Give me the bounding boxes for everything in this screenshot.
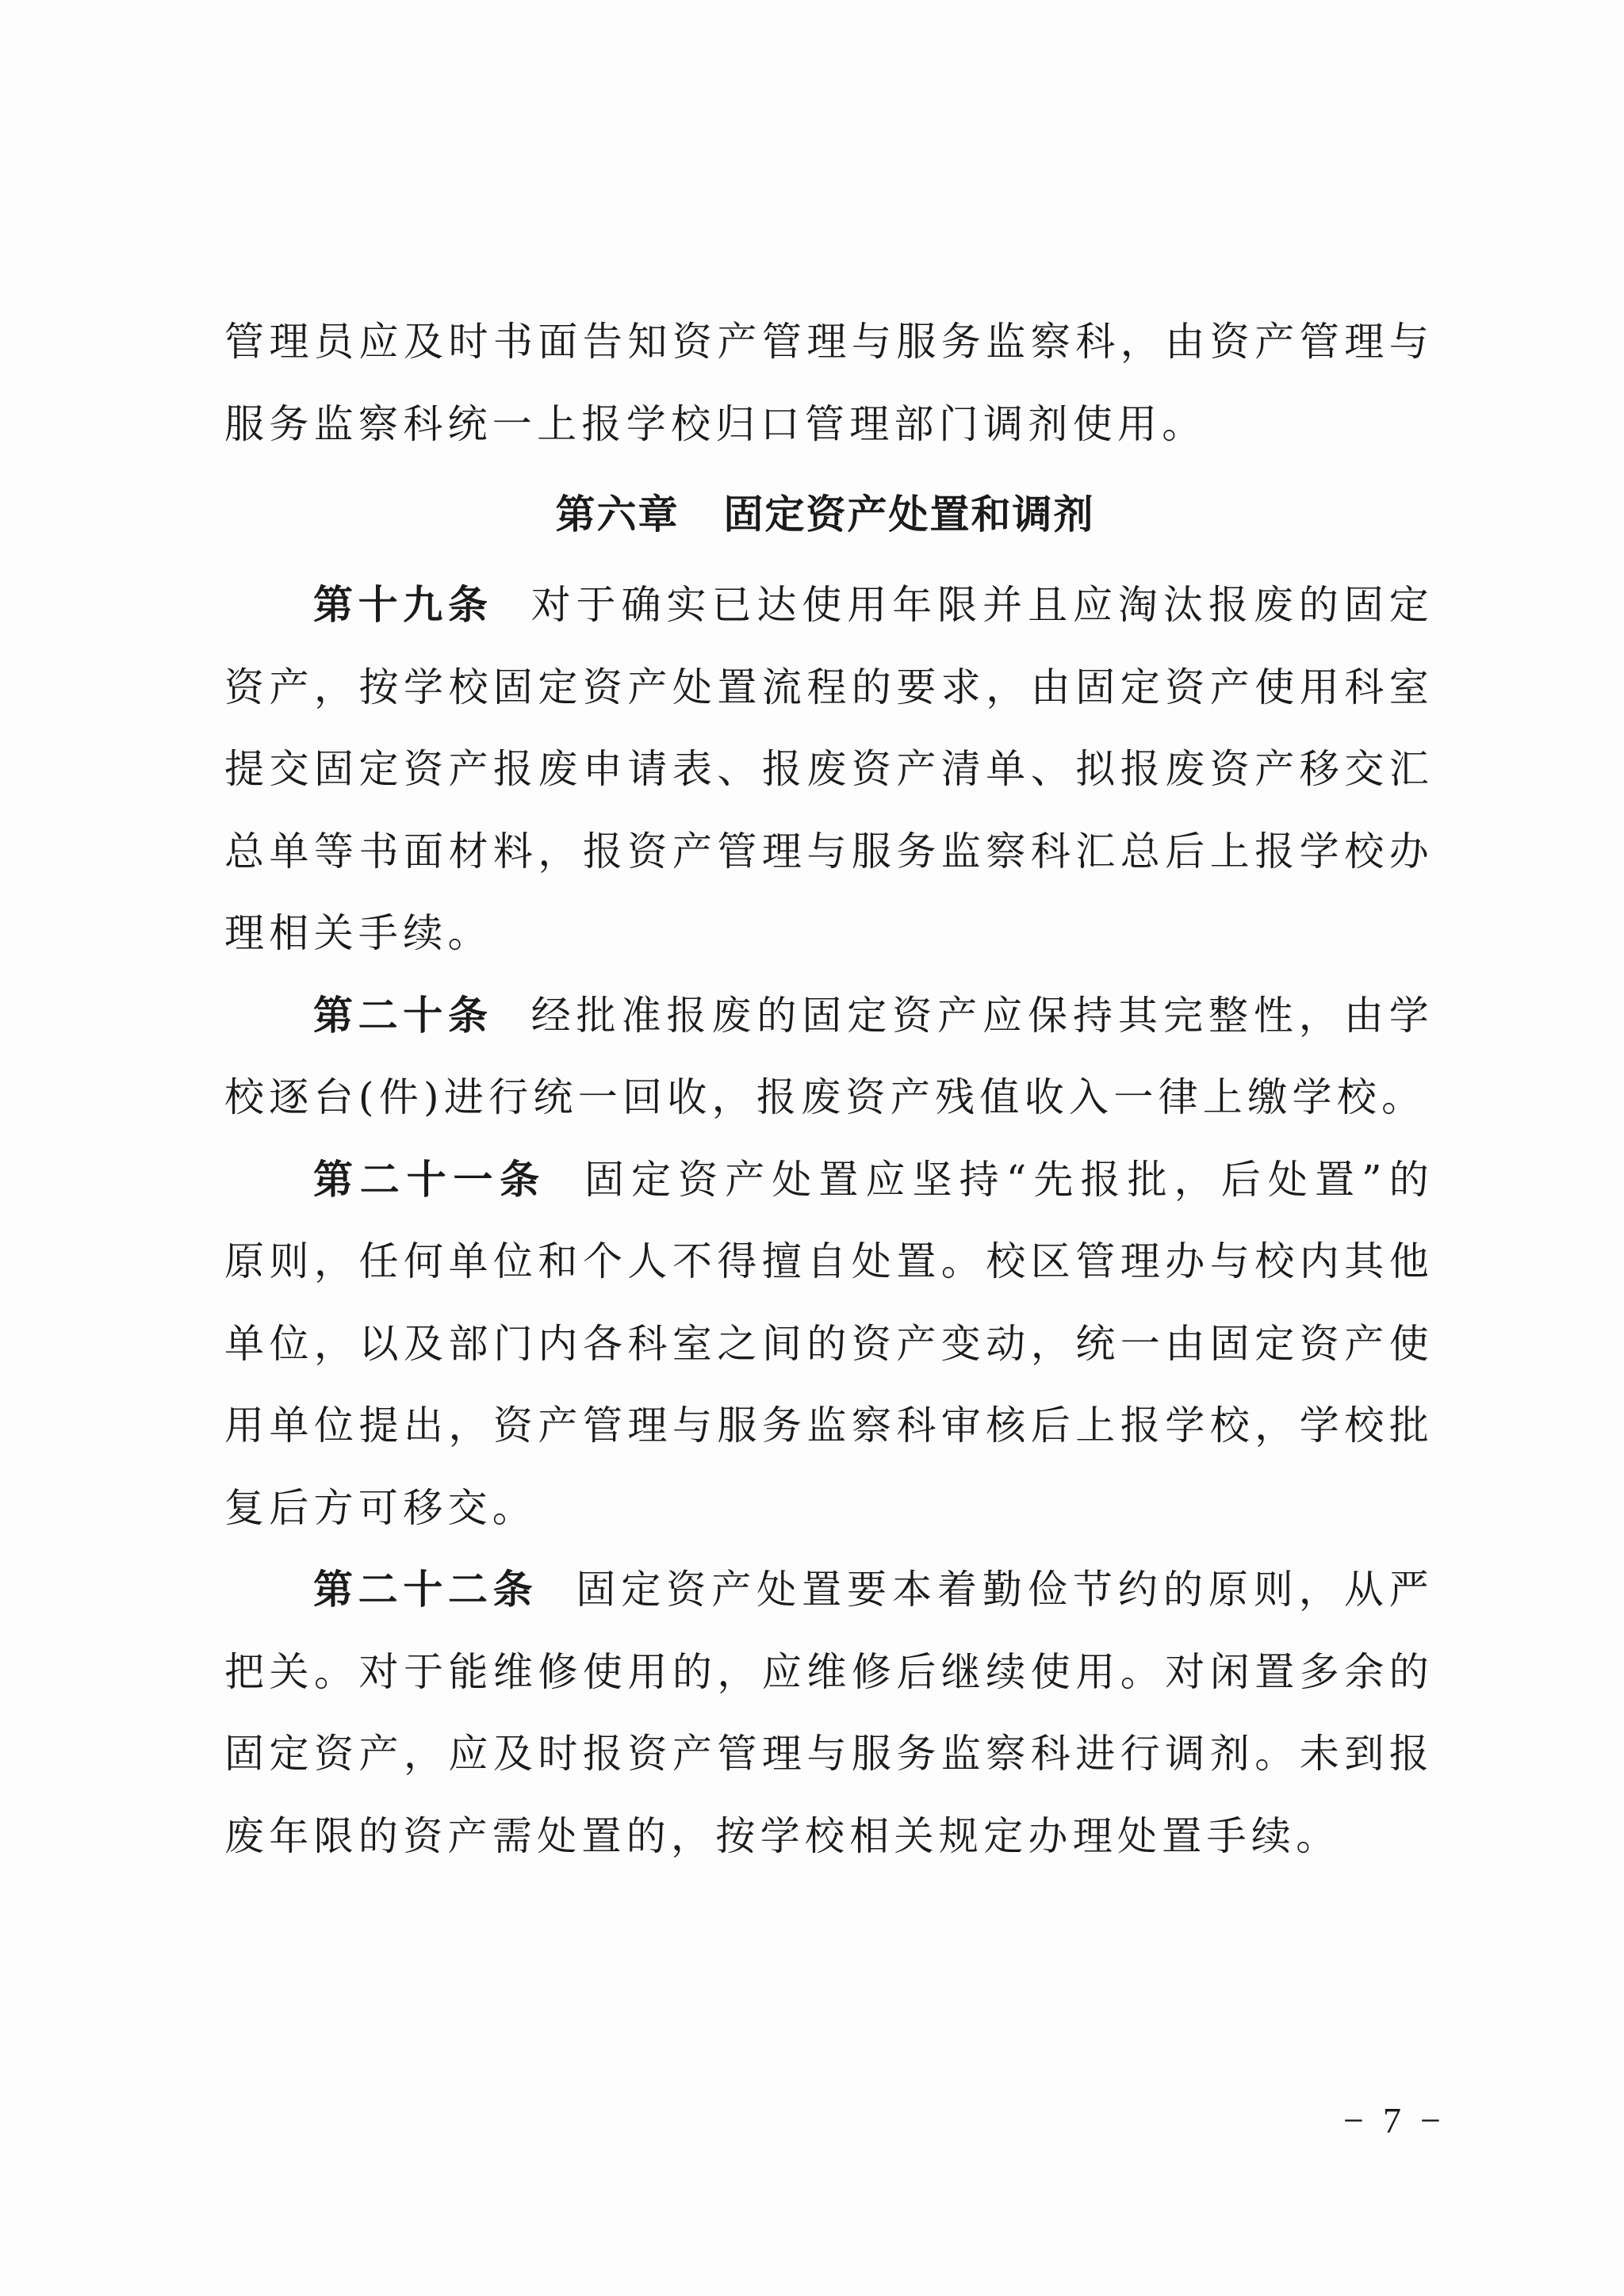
paragraph-line: 总单等书面材料，报资产管理与服务监察科汇总后上报学校办 <box>224 811 1434 894</box>
article-text: 对于确实已达使用年限并且应淘汰报废的固定 <box>531 582 1434 628</box>
article-19-first-line: 第十九条对于确实已达使用年限并且应淘汰报废的固定 <box>224 564 1434 647</box>
document-body: 管理员应及时书面告知资产管理与服务监察科，由资产管理与 服务监察科统一上报学校归… <box>224 301 1434 1877</box>
paragraph-line: 固定资产，应及时报资产管理与服务监察科进行调剂。未到报 <box>224 1713 1434 1796</box>
paragraph-line: 复后方可移交。 <box>224 1468 1434 1550</box>
article-22-first-line: 第二十二条固定资产处置要本着勤俭节约的原则，从严 <box>224 1549 1434 1632</box>
article-text: 固定资产处置应坚持“先报批，后处置”的 <box>584 1157 1434 1203</box>
paragraph-line: 资产，按学校固定资产处置流程的要求，由固定资产使用科室 <box>224 647 1434 729</box>
chapter-title: 固定资产处置和调剂 <box>724 492 1095 538</box>
article-label: 第十九条 <box>313 582 493 628</box>
page-number-value: 7 <box>1383 2100 1403 2141</box>
chapter-heading: 第六章固定资产处置和调剂 <box>224 465 1434 564</box>
page-number-suffix: − <box>1420 2099 1442 2141</box>
paragraph-line: 原则，任何单位和个人不得擅自处置。校区管理办与校内其他 <box>224 1221 1434 1303</box>
article-label: 第二十条 <box>313 993 493 1039</box>
article-text: 固定资产处置要本着勤俭节约的原则，从严 <box>576 1567 1434 1613</box>
paragraph-line: 理相关手续。 <box>224 893 1434 975</box>
paragraph-line: 校逐台(件)进行统一回收，报废资产残值收入一律上缴学校。 <box>224 1057 1434 1139</box>
paragraph-line: 管理员应及时书面告知资产管理与服务监察科，由资产管理与 <box>224 301 1434 384</box>
paragraph-line: 单位，以及部门内各科室之间的资产变动，统一由固定资产使 <box>224 1303 1434 1386</box>
page-number-prefix: − <box>1343 2099 1365 2141</box>
paragraph-line: 服务监察科统一上报学校归口管理部门调剂使用。 <box>224 384 1434 466</box>
article-21-first-line: 第二十一条固定资产处置应坚持“先报批，后处置”的 <box>224 1139 1434 1222</box>
chapter-number: 第六章 <box>556 492 680 538</box>
article-label: 第二十二条 <box>313 1567 538 1613</box>
page-number: −7− <box>1326 2099 1460 2141</box>
article-20-first-line: 第二十条经批准报废的固定资产应保持其完整性，由学 <box>224 975 1434 1058</box>
article-label: 第二十一条 <box>313 1157 546 1203</box>
paragraph-line: 废年限的资产需处置的，按学校相关规定办理处置手续。 <box>224 1796 1434 1878</box>
paragraph-line: 用单位提出，资产管理与服务监察科审核后上报学校，学校批 <box>224 1385 1434 1468</box>
document-page: 管理员应及时书面告知资产管理与服务监察科，由资产管理与 服务监察科统一上报学校归… <box>0 0 1624 2296</box>
paragraph-line: 把关。对于能维修使用的，应维修后继续使用。对闲置多余的 <box>224 1632 1434 1714</box>
paragraph-line: 提交固定资产报废申请表、报废资产清单、拟报废资产移交汇 <box>224 729 1434 811</box>
article-text: 经批准报废的固定资产应保持其完整性，由学 <box>531 993 1434 1039</box>
